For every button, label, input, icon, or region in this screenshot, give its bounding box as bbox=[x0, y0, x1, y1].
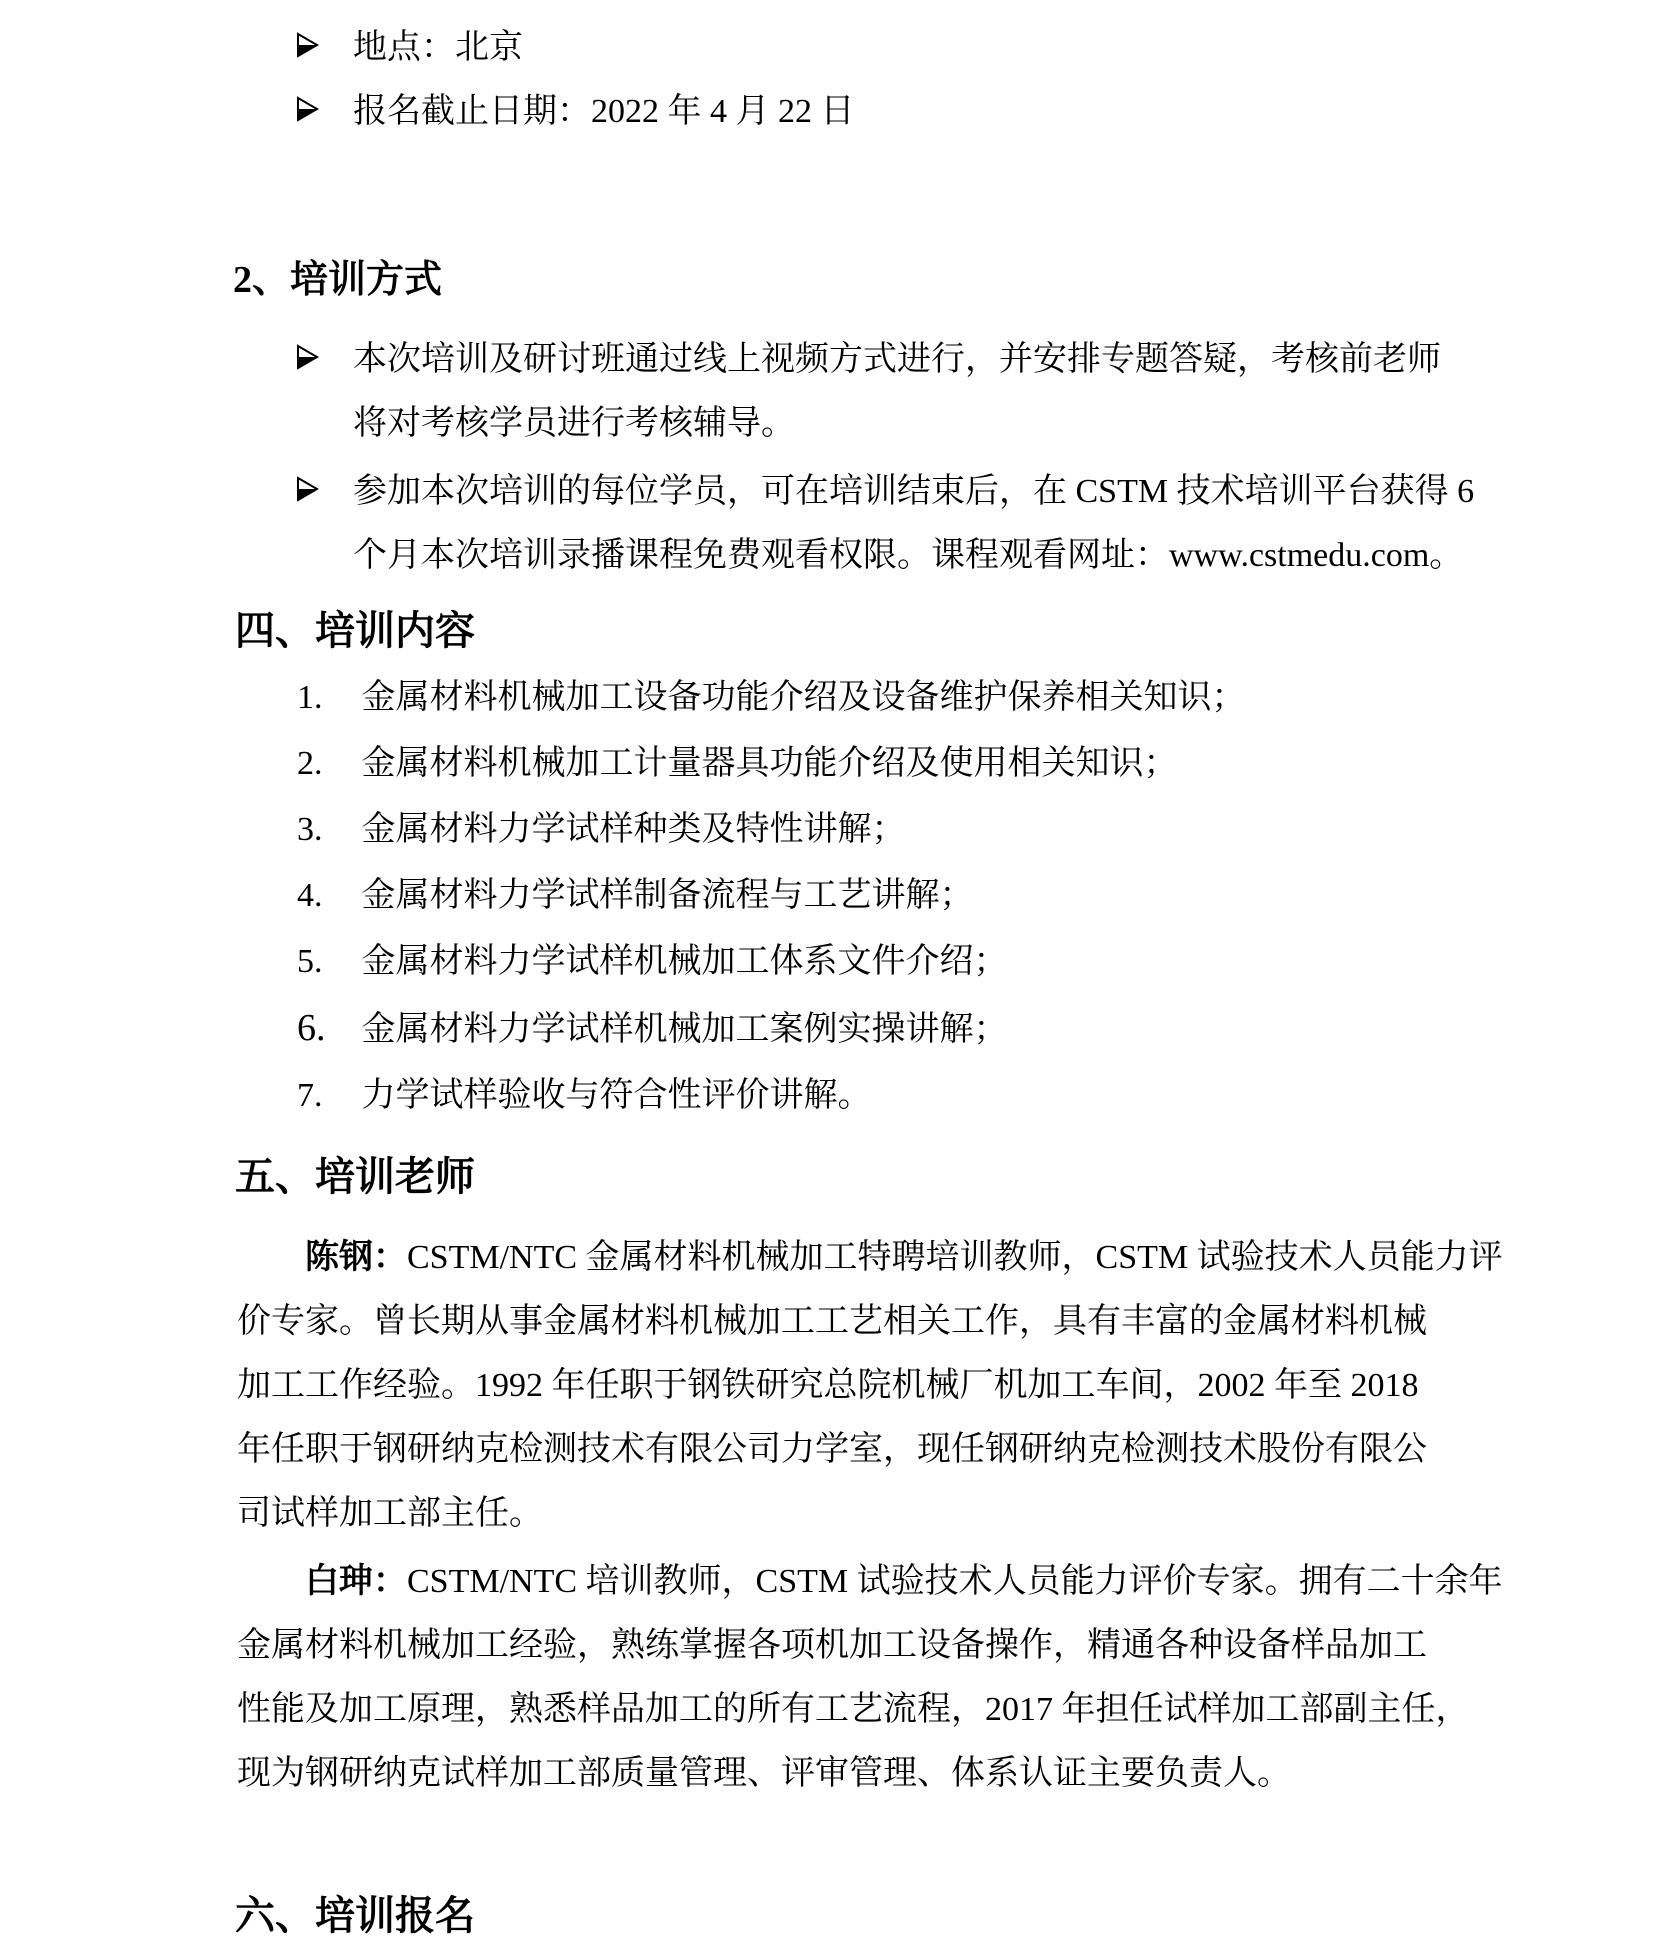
list-item-text: 力学试样验收与符合性评价讲解。 bbox=[362, 1077, 872, 1114]
list-item: 1. 金属材料机械加工设备功能介绍及设备维护保养相关知识； bbox=[297, 665, 1246, 731]
list-item: 本次培训及研讨班通过线上视频方式进行，并安排专题答疑，考核前老师 bbox=[295, 328, 1441, 392]
paragraph-line: 陈钢：CSTM/NTC 金属材料机械加工特聘培训教师，CSTM 试验技术人员能力… bbox=[237, 1226, 1477, 1290]
teacher-name: 陈钢： bbox=[305, 1239, 407, 1276]
heading-training-content: 四、培训内容 bbox=[235, 599, 475, 663]
list-number: 3. bbox=[297, 797, 353, 863]
intro-bullet-list: 地点：北京 报名截止日期：2022 年 4 月 22 日 bbox=[295, 16, 855, 144]
method-bullet: 本次培训及研讨班通过线上视频方式进行，并安排专题答疑，考核前老师 将对考核学员进… bbox=[295, 328, 1441, 456]
arrow-bullet-icon bbox=[295, 470, 353, 502]
list-item: 6. 金属材料力学试样机械加工案例实操讲解； bbox=[297, 995, 1246, 1063]
list-item-text: 金属材料机械加工设备功能介绍及设备维护保养相关知识； bbox=[362, 679, 1246, 716]
arrow-bullet-icon bbox=[295, 338, 353, 370]
list-item: 5. 金属材料力学试样机械加工体系文件介绍； bbox=[297, 929, 1246, 995]
document-page: 地点：北京 报名截止日期：2022 年 4 月 22 日 2、培训方式 本次培训… bbox=[0, 0, 1654, 1955]
bullet-text: 报名截止日期：2022 年 4 月 22 日 bbox=[353, 80, 855, 144]
teacher-paragraph: 陈钢：CSTM/NTC 金属材料机械加工特聘培训教师，CSTM 试验技术人员能力… bbox=[237, 1226, 1477, 1546]
list-item-text: 金属材料机械加工计量器具功能介绍及使用相关知识； bbox=[362, 745, 1178, 782]
paragraph-line: 现为钢研纳克试样加工部质量管理、评审管理、体系认证主要负责人。 bbox=[237, 1742, 1477, 1806]
bullet-text-continued: 个月本次培训录播课程免费观看权限。课程观看网址：www.cstmedu.com。 bbox=[295, 524, 1474, 588]
paragraph-text: CSTM/NTC 金属材料机械加工特聘培训教师，CSTM 试验技术人员能力评 bbox=[407, 1239, 1503, 1276]
paragraph-line: 年任职于钢研纳克检测技术有限公司力学室，现任钢研纳克检测技术股份有限公 bbox=[237, 1418, 1477, 1482]
method-bullet: 参加本次培训的每位学员，可在培训结束后，在 CSTM 技术培训平台获得 6 个月… bbox=[295, 460, 1474, 588]
paragraph-line: 司试样加工部主任。 bbox=[237, 1482, 1477, 1546]
heading-training-teachers: 五、培训老师 bbox=[235, 1145, 475, 1209]
teacher-name: 白珅： bbox=[305, 1563, 407, 1600]
list-item-text: 金属材料力学试样制备流程与工艺讲解； bbox=[362, 877, 974, 914]
paragraph-line: 白珅：CSTM/NTC 培训教师，CSTM 试验技术人员能力评价专家。拥有二十余… bbox=[237, 1550, 1477, 1614]
paragraph-line: 性能及加工原理，熟悉样品加工的所有工艺流程，2017 年担任试样加工部副主任， bbox=[237, 1678, 1477, 1742]
list-item: 2. 金属材料机械加工计量器具功能介绍及使用相关知识； bbox=[297, 731, 1246, 797]
arrow-bullet-icon bbox=[295, 26, 353, 58]
paragraph-text: CSTM/NTC 培训教师，CSTM 试验技术人员能力评价专家。拥有二十余年 bbox=[407, 1563, 1503, 1600]
heading-training-signup: 六、培训报名 bbox=[235, 1884, 475, 1948]
list-number: 2. bbox=[297, 731, 353, 797]
list-item: 7. 力学试样验收与符合性评价讲解。 bbox=[297, 1063, 1246, 1129]
list-item: 报名截止日期：2022 年 4 月 22 日 bbox=[295, 80, 855, 144]
paragraph-line: 价专家。曾长期从事金属材料机械加工工艺相关工作，具有丰富的金属材料机械 bbox=[237, 1290, 1477, 1354]
list-item: 地点：北京 bbox=[295, 16, 855, 80]
paragraph-line: 金属材料机械加工经验，熟练掌握各项机加工设备操作，精通各种设备样品加工 bbox=[237, 1614, 1477, 1678]
list-item-text: 金属材料力学试样机械加工体系文件介绍； bbox=[362, 943, 1008, 980]
list-item-text: 金属材料力学试样种类及特性讲解； bbox=[362, 811, 906, 848]
list-number: 5. bbox=[297, 929, 353, 995]
list-number: 7. bbox=[297, 1063, 353, 1129]
bullet-text: 参加本次培训的每位学员，可在培训结束后，在 CSTM 技术培训平台获得 6 bbox=[353, 460, 1474, 524]
bullet-text: 地点：北京 bbox=[353, 16, 523, 80]
paragraph-line: 加工工作经验。1992 年任职于钢铁研究总院机械厂机加工车间，2002 年至 2… bbox=[237, 1354, 1477, 1418]
training-content-list: 1. 金属材料机械加工设备功能介绍及设备维护保养相关知识； 2. 金属材料机械加… bbox=[297, 665, 1246, 1129]
list-number: 1. bbox=[297, 665, 353, 731]
list-number: 6. bbox=[297, 995, 353, 1061]
bullet-text: 本次培训及研讨班通过线上视频方式进行，并安排专题答疑，考核前老师 bbox=[353, 328, 1441, 392]
bullet-text-continued: 将对考核学员进行考核辅导。 bbox=[295, 392, 1441, 456]
arrow-bullet-icon bbox=[295, 90, 353, 122]
subheading-training-method: 2、培训方式 bbox=[233, 248, 442, 312]
list-item-text: 金属材料力学试样机械加工案例实操讲解； bbox=[362, 1011, 1008, 1048]
list-item: 4. 金属材料力学试样制备流程与工艺讲解； bbox=[297, 863, 1246, 929]
list-item: 参加本次培训的每位学员，可在培训结束后，在 CSTM 技术培训平台获得 6 bbox=[295, 460, 1474, 524]
list-item: 3. 金属材料力学试样种类及特性讲解； bbox=[297, 797, 1246, 863]
list-number: 4. bbox=[297, 863, 353, 929]
teacher-paragraph: 白珅：CSTM/NTC 培训教师，CSTM 试验技术人员能力评价专家。拥有二十余… bbox=[237, 1550, 1477, 1806]
